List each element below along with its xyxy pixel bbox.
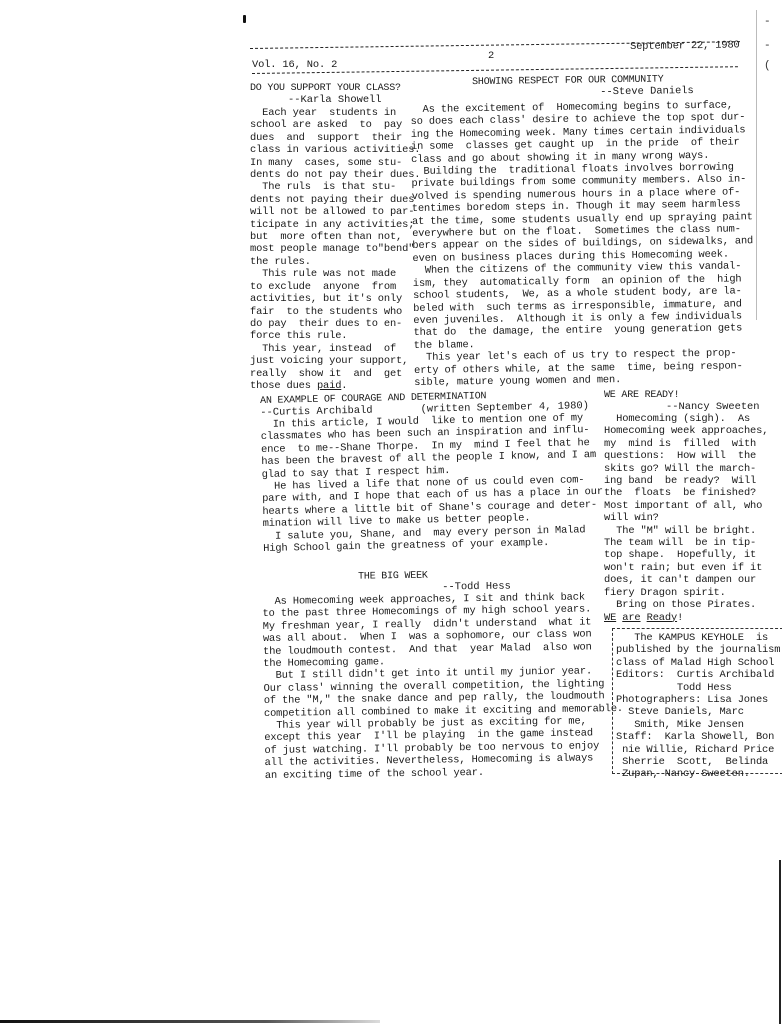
article-byline: --Nancy Sweeten: [666, 401, 768, 413]
text-line: Editors: Curtis Archibald: [616, 669, 782, 681]
edge-mark: -: [764, 16, 771, 28]
text-line: does, it can't dampen our: [604, 574, 768, 586]
text-line: questions: How will the: [604, 450, 768, 462]
text-line: Most important of all, who: [604, 500, 768, 512]
text-line: my mind is filled with: [604, 438, 768, 450]
scan-edge-bottom: [0, 1020, 380, 1023]
text-line: fiery Dragon spirit.: [604, 587, 768, 599]
text-line: dents not paying their dues: [250, 194, 420, 206]
article-body: Each year students inschool are asked to…: [250, 107, 420, 392]
text-line: just voicing your support,: [250, 355, 420, 367]
text-line: Zupan, Nancy Sweeten.: [616, 768, 782, 780]
staff-box-content: The KAMPUS KEYHOLE ispublished by the jo…: [616, 632, 782, 781]
page-number: 2: [488, 50, 494, 62]
article-body: In this article, I would like to mention…: [260, 412, 604, 556]
text-line: skits go? Will the march-: [604, 463, 768, 475]
article-body: Homecoming (sigh). AsHomecoming week app…: [604, 413, 768, 624]
text-line: those dues paid.: [250, 380, 420, 392]
article-byline: --Karla Showell: [288, 94, 420, 106]
text-line: class of Malad High School: [616, 657, 782, 669]
article-body: As Homecoming week approaches, I sit and…: [262, 591, 624, 782]
text-line: Photographers: Lisa Jones: [616, 694, 782, 706]
text-line: top shape. Hopefully, it: [604, 549, 768, 561]
text-line: ing band be ready? Will: [604, 475, 768, 487]
text-line: Bring on those Pirates.: [604, 599, 768, 611]
text-line: Homecoming (sigh). As: [604, 413, 768, 425]
article-title: DO YOU SUPPORT YOUR CLASS?: [250, 83, 420, 94]
text-line: Staff: Karla Showell, Bon: [616, 731, 782, 743]
article-body: As the excitement of Homecoming begins t…: [410, 99, 755, 389]
edge-mark: (: [764, 60, 771, 72]
text-line: really show it and get: [250, 368, 420, 380]
article-we-are-ready: WE ARE READY! --Nancy Sweeten Homecoming…: [604, 390, 768, 624]
article-respect-community: SHOWING RESPECT FOR OUR COMMUNITY --Stev…: [410, 73, 755, 389]
text-line: The ruls is that stu-: [250, 181, 420, 193]
text-line: Steve Daniels, Marc: [616, 706, 782, 718]
text-line: published by the journalism: [616, 644, 782, 656]
text-line: the rules.: [250, 256, 420, 268]
article-support-class: DO YOU SUPPORT YOUR CLASS? --Karla Showe…: [250, 83, 420, 392]
text-line: In many cases, some stu-: [250, 157, 420, 169]
text-line: will win?: [604, 512, 768, 524]
text-line: to exclude anyone from: [250, 281, 420, 293]
text-line: do pay their dues to en-: [250, 318, 420, 330]
text-line: force this rule.: [250, 330, 420, 342]
text-line: class in various activities.: [250, 144, 420, 156]
text-line: nie Willie, Richard Price: [616, 744, 782, 756]
article-title: WE ARE READY!: [604, 390, 768, 401]
text-line: Smith, Mike Jensen: [616, 719, 782, 731]
article-courage: AN EXAMPLE OF COURAGE AND DETERMINATION …: [260, 389, 604, 556]
text-line: Sherrie Scott, Belinda: [616, 756, 782, 768]
text-line: Each year students in: [250, 107, 420, 119]
text-line: dents do not pay their dues.: [250, 169, 420, 181]
scan-edge-right: [779, 860, 781, 1024]
text-line: school are asked to pay: [250, 119, 420, 131]
text-line: ticipate in any activities;: [250, 219, 420, 231]
text-line: but more often than not,: [250, 231, 420, 243]
text-line: dues and support their: [250, 132, 420, 144]
article-big-week: THE BIG WEEK --Todd Hess As Homecoming w…: [262, 568, 624, 782]
text-line: Todd Hess: [616, 682, 782, 694]
text-line: The "M" will be bright.: [604, 525, 768, 537]
text-line: the floats be finished?: [604, 487, 768, 499]
text-line: won't rain; but even if it: [604, 562, 768, 574]
article-byline: --Steve Daniels: [600, 84, 751, 98]
text-line: activities, but it's only: [250, 293, 420, 305]
text-line: Homecoming week approaches,: [604, 425, 768, 437]
staff-box-text: The KAMPUS KEYHOLE ispublished by the jo…: [616, 632, 782, 781]
edge-mark: -: [764, 40, 771, 52]
page-fold-line: [756, 10, 757, 320]
text-line: The KAMPUS KEYHOLE is: [616, 632, 782, 644]
text-line: will not be allowed to par-: [250, 206, 420, 218]
text-line: This year, instead of: [250, 343, 420, 355]
text-line: The team will be in tip-: [604, 537, 768, 549]
text-line: WE are Ready!: [604, 612, 768, 624]
text-line: This rule was not made: [250, 268, 420, 280]
text-line: most people manage to"bend": [250, 243, 420, 255]
issue-date: September 22, 1980: [630, 39, 740, 53]
volume-number: Vol. 16, No. 2: [252, 59, 337, 71]
scan-mark: [243, 15, 246, 23]
text-line: fair to the students who: [250, 306, 420, 318]
